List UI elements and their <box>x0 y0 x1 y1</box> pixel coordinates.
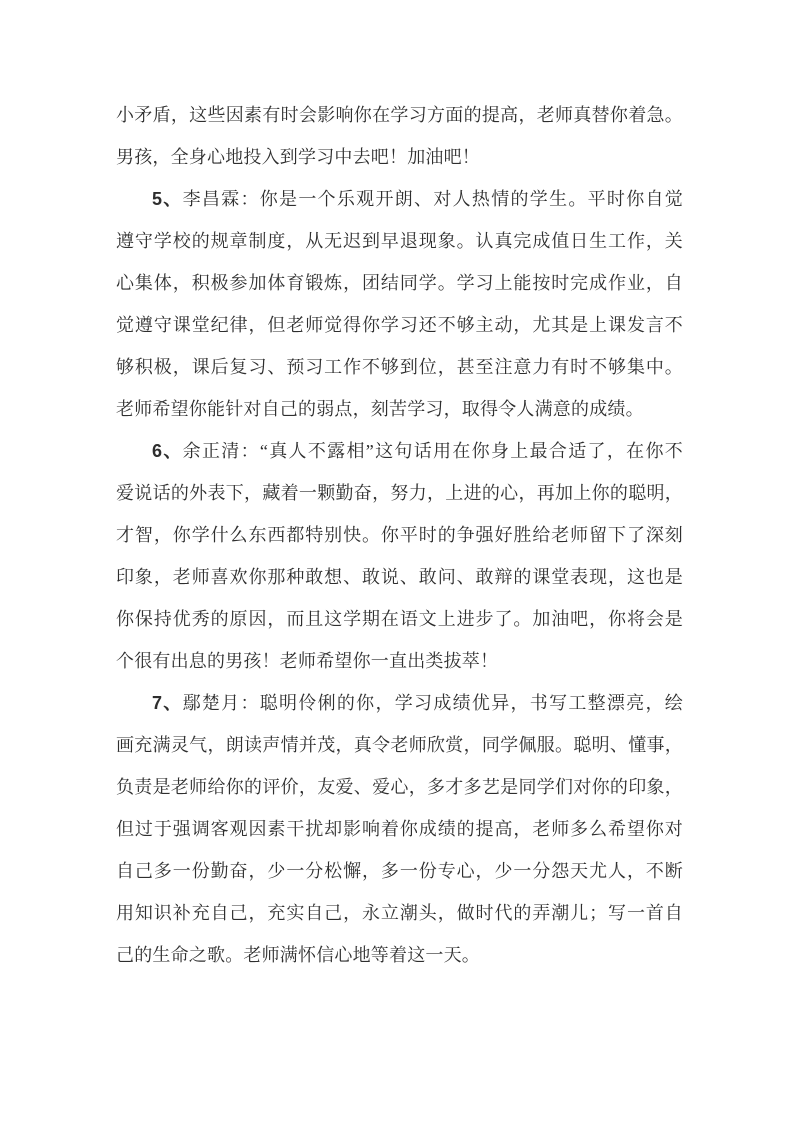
paragraph-number: 7、 <box>152 693 183 713</box>
text-line: 男孩，全身心地投入到学习中去吧！加油吧！ <box>116 136 683 178</box>
text-line: 6、余正清：“真人不露相”这句话用在你身上最合适了，在你不 <box>116 430 683 472</box>
teacher-comment-5: 5、李昌霖：你是一个乐观开朗、对人热情的学生。平时你自觉 遵守学校的规章制度，从… <box>116 178 683 430</box>
text-line: 7、鄢楚月：聪明伶俐的你，学习成绩优异，书写工整漂亮，绘 <box>116 682 683 724</box>
line-text: 李昌霖：你是一个乐观开朗、对人热情的学生。平时你自觉 <box>183 189 683 209</box>
text-line: 己的生命之歌。老师满怀信心地等着这一天。 <box>116 934 683 976</box>
text-line: 负责是老师给你的评价，友爱、爱心，多才多艺是同学们对你的印象， <box>116 766 683 808</box>
teacher-comment-6: 6、余正清：“真人不露相”这句话用在你身上最合适了，在你不 爱说话的外表下，藏着… <box>116 430 683 682</box>
text-line: 用知识补充自己，充实自己，永立潮头，做时代的弄潮儿；写一首自 <box>116 892 683 934</box>
paragraph-number: 5、 <box>152 189 183 209</box>
text-line: 觉遵守课堂纪律，但老师觉得你学习还不够主动，尤其是上课发言不 <box>116 304 683 346</box>
text-line: 才智，你学什么东西都特别快。你平时的争强好胜给老师留下了深刻 <box>116 514 683 556</box>
text-line: 你保持优秀的原因，而且这学期在语文上进步了。加油吧，你将会是 <box>116 598 683 640</box>
paragraph-number: 6、 <box>152 441 183 461</box>
text-line: 印象，老师喜欢你那种敢想、敢说、敢问、敢辩的课堂表现，这也是 <box>116 556 683 598</box>
text-line: 爱说话的外表下，藏着一颗勤奋，努力，上进的心，再加上你的聪明， <box>116 472 683 514</box>
text-line: 5、李昌霖：你是一个乐观开朗、对人热情的学生。平时你自觉 <box>116 178 683 220</box>
text-line: 够积极，课后复习、预习工作不够到位，甚至注意力有时不够集中。 <box>116 346 683 388</box>
text-line: 心集体，积极参加体育锻炼，团结同学。学习上能按时完成作业，自 <box>116 262 683 304</box>
document-page: 小矛盾，这些因素有时会影响你在学习方面的提高，老师真替你着急。 男孩，全身心地投… <box>0 0 793 1122</box>
text-line: 遵守学校的规章制度，从无迟到早退现象。认真完成值日生工作，关 <box>116 220 683 262</box>
text-line: 画充满灵气，朗读声情并茂，真令老师欣赏，同学佩服。聪明、懂事， <box>116 724 683 766</box>
document-text-block: 小矛盾，这些因素有时会影响你在学习方面的提高，老师真替你着急。 男孩，全身心地投… <box>116 94 683 976</box>
text-line: 小矛盾，这些因素有时会影响你在学习方面的提高，老师真替你着急。 <box>116 94 683 136</box>
paragraph-continuation: 小矛盾，这些因素有时会影响你在学习方面的提高，老师真替你着急。 男孩，全身心地投… <box>116 94 683 178</box>
line-text: 鄢楚月：聪明伶俐的你，学习成绩优异，书写工整漂亮，绘 <box>183 693 683 713</box>
line-text: 余正清：“真人不露相”这句话用在你身上最合适了，在你不 <box>183 441 683 461</box>
text-line: 但过于强调客观因素干扰却影响着你成绩的提高，老师多么希望你对 <box>116 808 683 850</box>
text-line: 个很有出息的男孩！老师希望你一直出类拔萃！ <box>116 640 683 682</box>
teacher-comment-7: 7、鄢楚月：聪明伶俐的你，学习成绩优异，书写工整漂亮，绘 画充满灵气，朗读声情并… <box>116 682 683 976</box>
text-line: 自己多一份勤奋，少一分松懈，多一份专心，少一分怨天尤人，不断 <box>116 850 683 892</box>
text-line: 老师希望你能针对自己的弱点，刻苦学习，取得令人满意的成绩。 <box>116 388 683 430</box>
